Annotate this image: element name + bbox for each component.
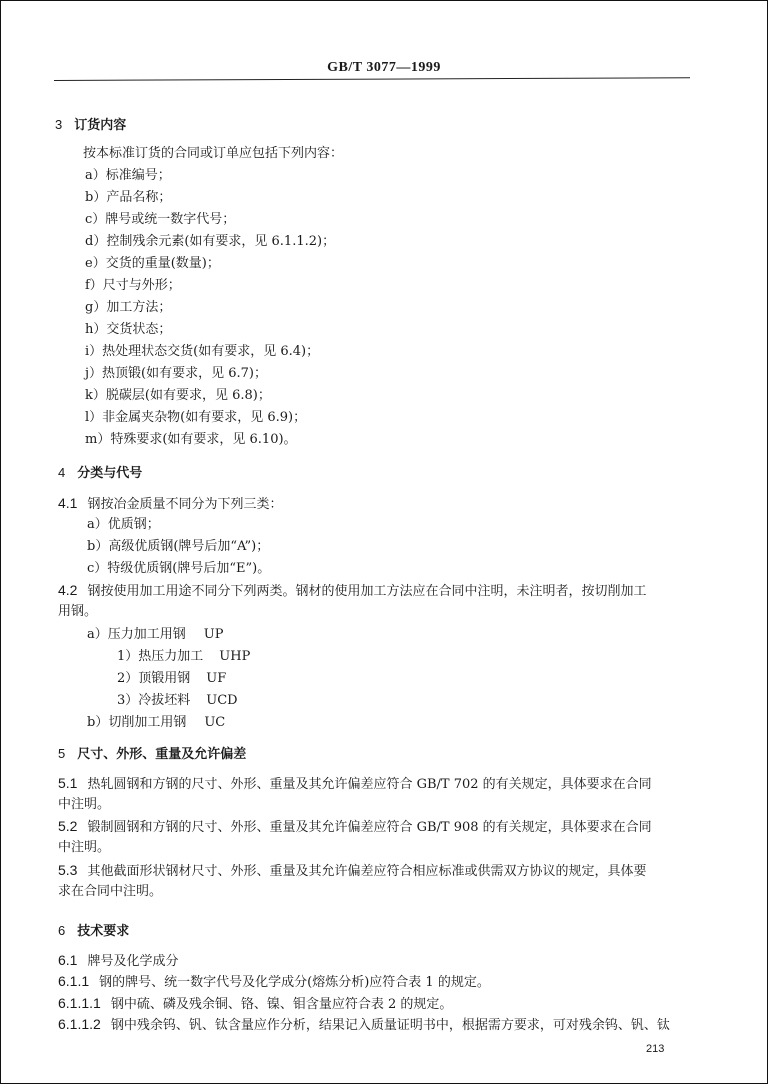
- clause-text: 钢按使用加工用途不同分下列两类。钢材的使用加工方法应在合同中注明，未注明者，按切…: [87, 584, 646, 599]
- section-6-heading: 6技术要求: [58, 920, 129, 939]
- standard-header: GB/T 3077—1999: [0, 60, 768, 76]
- list-item: a）优质钢；: [87, 516, 160, 534]
- section-4-heading: 4分类与代号: [58, 462, 142, 481]
- usage-label: a）压力加工用钢: [87, 627, 186, 642]
- section-5-heading: 5尺寸、外形、重量及允许偏差: [58, 743, 246, 762]
- clause-4-1: 4.1钢按冶金质量不同分为下列三类：: [58, 494, 282, 514]
- list-item: m）特殊要求(如有要求，见 6.10)。: [85, 431, 297, 449]
- list-item: i）热处理状态交货(如有要求，见 6.4)；: [85, 343, 319, 361]
- section-title: 分类与代号: [77, 466, 142, 481]
- clause-text: 钢中硫、磷及残余铜、铬、镍、钼含量应符合表 2 的规定。: [111, 997, 453, 1012]
- usage-label: b）切削加工用钢: [87, 715, 186, 730]
- clause-6-1: 6.1牌号及化学成分: [58, 951, 178, 971]
- list-item: j）热顶锻(如有要求，见 6.7)；: [85, 365, 267, 383]
- clause-number: 6.1.1.2: [58, 1016, 101, 1032]
- list-item: f）尺寸与外形；: [85, 277, 181, 295]
- clause-text: 锻制圆钢和方钢的尺寸、外形、重量及其允许偏差应符合 GB/T 908 的有关规定…: [87, 820, 651, 835]
- usage-code: UCD: [206, 693, 237, 708]
- usage-item: a）压力加工用钢UP: [87, 626, 223, 644]
- clause-number: 6.1.1.1: [58, 995, 101, 1011]
- clause-6-1-1-1: 6.1.1.1钢中硫、磷及残余铜、铬、镍、钼含量应符合表 2 的规定。: [58, 994, 452, 1014]
- clause-text: 钢中残余钨、钒、钛含量应作分析，结果记入质量证明书中，根据需方要求，可对残余钨、…: [111, 1018, 670, 1033]
- clause-number: 6.1: [58, 952, 77, 968]
- section-title: 尺寸、外形、重量及允许偏差: [77, 747, 246, 762]
- clause-6-1-1: 6.1.1钢的牌号、统一数字代号及化学成分(熔炼分析)应符合表 1 的规定。: [58, 972, 490, 992]
- clause-5-3-cont: 求在合同中注明。: [58, 883, 162, 901]
- usage-code: UC: [204, 715, 225, 730]
- clause-text: 钢的牌号、统一数字代号及化学成分(熔炼分析)应符合表 1 的规定。: [99, 975, 490, 990]
- list-item: c）牌号或统一数字代号；: [85, 211, 235, 229]
- page-number: 213: [646, 1043, 664, 1055]
- section-3-intro: 按本标准订货的合同或订单应包括下列内容：: [83, 145, 343, 163]
- list-item: b）产品名称；: [85, 189, 171, 207]
- clause-text: 钢按冶金质量不同分为下列三类：: [87, 497, 282, 512]
- clause-text: 热轧圆钢和方钢的尺寸、外形、重量及其允许偏差应符合 GB/T 702 的有关规定…: [87, 777, 651, 792]
- usage-label: 2）顶锻用钢: [117, 671, 190, 686]
- clause-5-1: 5.1热轧圆钢和方钢的尺寸、外形、重量及其允许偏差应符合 GB/T 702 的有…: [58, 774, 652, 794]
- usage-label: 3）冷拔坯料: [117, 693, 190, 708]
- list-item: e）交货的重量(数量)；: [85, 255, 220, 273]
- list-item: c）特级优质钢(牌号后加“E”)。: [87, 560, 270, 578]
- clause-number: 5.1: [58, 775, 77, 791]
- clause-number: 4.2: [58, 582, 77, 598]
- clause-4-2-cont: 用钢。: [58, 603, 97, 621]
- list-item: g）加工方法；: [85, 299, 171, 317]
- clause-5-3: 5.3其他截面形状钢材尺寸、外形、重量及其允许偏差应符合相应标准或供需双方协议的…: [58, 861, 646, 881]
- section-3-heading: 3订货内容: [55, 114, 126, 133]
- usage-item: b）切削加工用钢UC: [87, 714, 225, 732]
- usage-label: 1）热压力加工: [117, 649, 203, 664]
- section-number: 6: [58, 923, 65, 938]
- list-item: d）控制残余元素(如有要求，见 6.1.1.2)；: [85, 233, 335, 251]
- usage-code: UF: [206, 671, 226, 686]
- usage-item: 3）冷拔坯料UCD: [117, 692, 238, 710]
- clause-6-1-1-2: 6.1.1.2钢中残余钨、钒、钛含量应作分析，结果记入质量证明书中，根据需方要求…: [58, 1015, 670, 1035]
- list-item: a）标准编号；: [85, 167, 171, 185]
- section-number: 3: [55, 117, 62, 132]
- section-title: 技术要求: [77, 924, 129, 939]
- usage-code: UHP: [219, 649, 250, 664]
- usage-item: 1）热压力加工UHP: [117, 648, 250, 666]
- clause-number: 5.3: [58, 862, 77, 878]
- clause-5-2: 5.2锻制圆钢和方钢的尺寸、外形、重量及其允许偏差应符合 GB/T 908 的有…: [58, 817, 652, 837]
- clause-number: 5.2: [58, 818, 77, 834]
- section-title: 订货内容: [74, 118, 126, 133]
- list-item: b）高级优质钢(牌号后加“A”)；: [87, 538, 269, 556]
- list-item: h）交货状态；: [85, 321, 171, 339]
- usage-code: UP: [204, 627, 224, 642]
- clause-text: 牌号及化学成分: [87, 954, 178, 969]
- clause-text: 其他截面形状钢材尺寸、外形、重量及其允许偏差应符合相应标准或供需双方协议的规定，…: [87, 864, 646, 879]
- list-item: l）非金属夹杂物(如有要求，见 6.9)；: [85, 409, 306, 427]
- clause-number: 4.1: [58, 495, 77, 511]
- clause-number: 6.1.1: [58, 973, 89, 989]
- list-item: k）脱碳层(如有要求，见 6.8)；: [85, 387, 271, 405]
- clause-4-2: 4.2钢按使用加工用途不同分下列两类。钢材的使用加工方法应在合同中注明，未注明者…: [58, 581, 646, 601]
- clause-5-1-cont: 中注明。: [58, 796, 110, 814]
- clause-5-2-cont: 中注明。: [58, 839, 110, 857]
- usage-item: 2）顶锻用钢UF: [117, 670, 226, 688]
- section-number: 5: [58, 746, 65, 761]
- section-number: 4: [58, 465, 65, 480]
